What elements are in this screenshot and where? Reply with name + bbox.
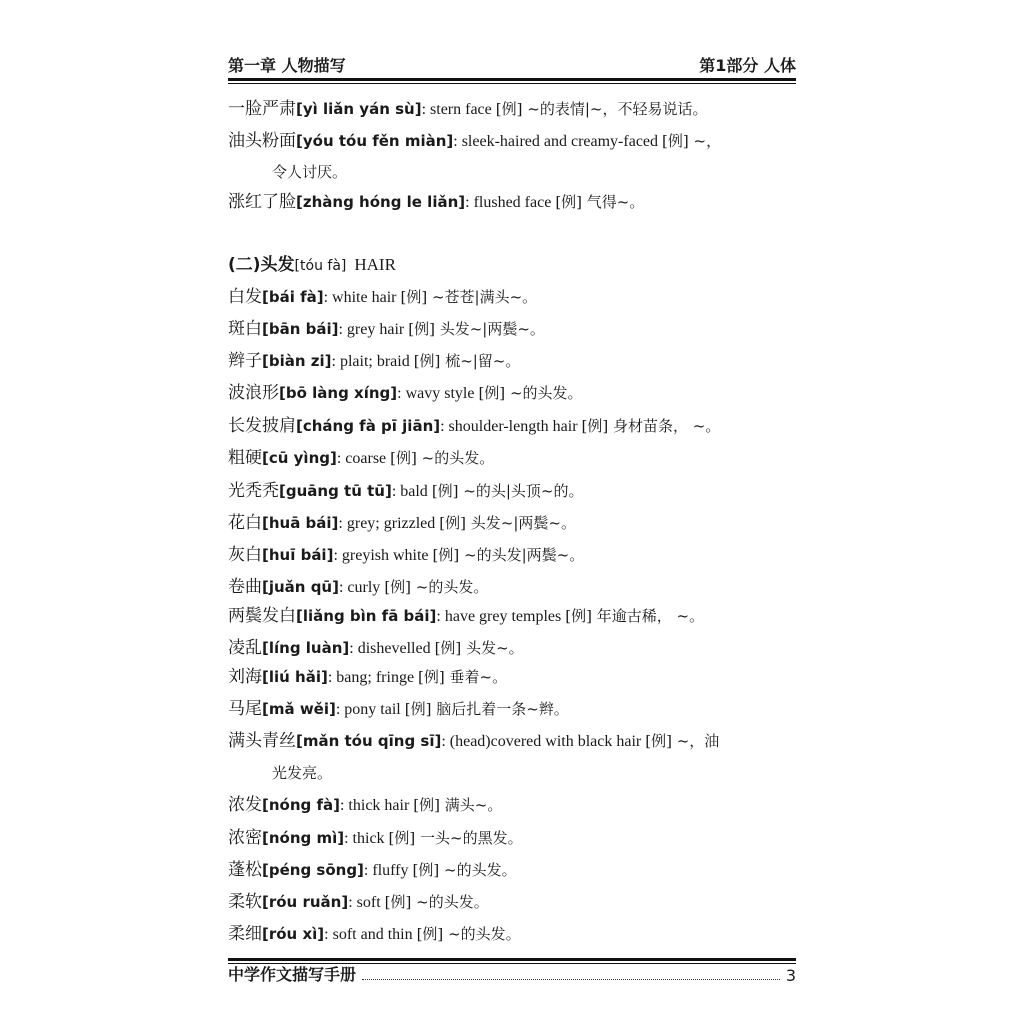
entry-english: : dishevelled (349, 640, 434, 657)
entry-english: : soft and thin (324, 926, 416, 943)
entry: 油头粉面[yóu tóu fěn miàn]: sleek-haired and… (228, 130, 796, 153)
chapter-title: 第一章 人物描写 (228, 53, 346, 76)
example-marker: [例] (414, 352, 441, 370)
entry-example: 脑后扎着一条~辫。 (431, 700, 568, 718)
entry-english: : thick (344, 830, 388, 847)
entry: 马尾[mǎ wěi]: pony tail [例] 脑后扎着一条~辫。 (228, 698, 796, 721)
entry-english: : soft (348, 894, 384, 911)
entry-example: ~的头发。 (417, 449, 494, 467)
entry: 粗硬[cū yìng]: coarse [例] ~的头发。 (228, 447, 796, 470)
entry-english: : sleek-haired and creamy-faced (453, 133, 662, 150)
entry: 花白[huā bái]: grey; grizzled [例] 头发~|两鬓~。 (228, 512, 796, 535)
entry-example: ~的头发|两鬓~。 (459, 546, 584, 564)
entry: 柔软[róu ruǎn]: soft [例] ~的头发。 (228, 891, 796, 914)
entry-hanzi: 卷曲 (228, 577, 262, 597)
entry: 长发披肩[cháng fà pī jiān]: shoulder-length … (228, 415, 796, 438)
entry-pinyin: [yóu tóu fěn miàn] (296, 132, 453, 150)
example-marker: [例] (408, 320, 435, 338)
entry: 白发[bái fà]: white hair [例] ~苍苍|满头~。 (228, 286, 796, 309)
entry-hanzi: 辫子 (228, 351, 262, 371)
entry-english: : (head)covered with black hair (441, 733, 645, 750)
entry-pinyin: [bái fà] (262, 288, 324, 306)
entry-pinyin: [biàn zi] (262, 352, 332, 370)
entry-hanzi: 浓密 (228, 828, 262, 848)
entry-pinyin: [nóng mì] (262, 829, 344, 847)
entry-example: 头发~|两鬓~。 (466, 514, 576, 532)
entry-hanzi: 一脸严肃 (228, 99, 296, 119)
running-header: 第一章 人物描写 第1部分 人体 (228, 54, 796, 76)
entry-hanzi: 浓发 (228, 795, 262, 815)
example-marker: [例] (418, 668, 445, 686)
entry: 光秃秃[guāng tū tū]: bald [例] ~的头|头顶~的。 (228, 480, 796, 503)
entry-hanzi: 光秃秃 (228, 481, 279, 501)
entry-pinyin: [bō làng xíng] (279, 384, 397, 402)
example-marker: [例] (565, 607, 592, 625)
entry-pinyin: [líng luàn] (262, 639, 349, 657)
entry: 刘海[liú hǎi]: bang; fringe [例] 垂着~。 (228, 666, 796, 689)
entry-english: : bang; fringe (328, 669, 418, 686)
entry-pinyin: [liú hǎi] (262, 668, 328, 686)
entry-hanzi: 白发 (228, 287, 262, 307)
entry: 辫子[biàn zi]: plait; braid [例] 梳~|留~。 (228, 350, 796, 373)
header-rule (228, 78, 796, 84)
entry-pinyin: [mǎ wěi] (262, 700, 336, 718)
entry-english: : greyish white (333, 547, 432, 564)
entry-pinyin: [juǎn qū] (262, 578, 339, 596)
entry: 柔细[róu xì]: soft and thin [例] ~的头发。 (228, 923, 796, 946)
entry: 浓发[nóng fà]: thick hair [例] 满头~。 (228, 794, 796, 817)
book-page: 第一章 人物描写 第1部分 人体 一脸严肃[yì liǎn yán sù]: s… (228, 0, 796, 1024)
entry-english: : have grey temples (436, 608, 565, 625)
entry-example: ~苍苍|满头~。 (427, 288, 537, 306)
section-pinyin: [tóu fà] (295, 258, 347, 274)
entry-english: : bald (392, 483, 432, 500)
entry: 蓬松[péng sōng]: fluffy [例] ~的头发。 (228, 859, 796, 882)
example-marker: [例] (478, 384, 505, 402)
dotted-leader (362, 979, 780, 980)
entry-hanzi: 柔细 (228, 924, 262, 944)
entry-hanzi: 斑白 (228, 319, 262, 339)
entry-example: ~的头发。 (411, 893, 488, 911)
part-title: 第1部分 人体 (699, 53, 796, 76)
entry-example: ~的头发。 (505, 384, 582, 402)
entry-english: : shoulder-length hair (440, 418, 581, 435)
example-marker: [例] (433, 546, 460, 564)
section-number: (二)头发 (228, 255, 295, 275)
entry-english: : wavy style (397, 385, 478, 402)
entry-example: ~， (689, 132, 721, 150)
entry-english: : stern face (422, 101, 496, 118)
entry-hanzi: 灰白 (228, 545, 262, 565)
entry-example: 梳~|留~。 (440, 352, 520, 370)
entry-pinyin: [cháng fà pī jiān] (296, 417, 440, 435)
entry-pinyin: [róu ruǎn] (262, 893, 348, 911)
entry-pinyin: [róu xì] (262, 925, 324, 943)
example-marker: [例] (645, 732, 672, 750)
entry-example: 年逾古稀， ~。 (592, 607, 704, 625)
example-marker: [例] (439, 514, 466, 532)
entry-pinyin: [péng sōng] (262, 861, 364, 879)
entry-hanzi: 凌乱 (228, 638, 262, 658)
example-marker: [例] (413, 796, 440, 814)
entry-example: 气得~。 (582, 193, 644, 211)
example-marker: [例] (496, 100, 523, 118)
entry-english: : plait; braid (332, 353, 414, 370)
entry-hanzi: 柔软 (228, 892, 262, 912)
entry-pinyin: [bān bái] (262, 320, 338, 338)
entry-example: ~的头|头顶~的。 (459, 482, 584, 500)
entry-pinyin: [cū yìng] (262, 449, 337, 467)
entry-hanzi: 刘海 (228, 667, 262, 687)
entry-example: 满头~。 (440, 796, 502, 814)
entry-english: : fluffy (364, 862, 413, 879)
entry-english: : grey hair (338, 321, 408, 338)
entry-pinyin: [yì liǎn yán sù] (296, 100, 422, 118)
entry-hanzi: 粗硬 (228, 448, 262, 468)
entry: 波浪形[bō làng xíng]: wavy style [例] ~的头发。 (228, 382, 796, 405)
entry: 卷曲[juǎn qū]: curly [例] ~的头发。 (228, 576, 796, 599)
entry-english: : coarse (337, 450, 390, 467)
entry-pinyin: [nóng fà] (262, 796, 340, 814)
entry-english: : thick hair (340, 797, 413, 814)
example-marker: [例] (405, 700, 432, 718)
entry-english: : flushed face (465, 194, 555, 211)
entry-hanzi: 涨红了脸 (228, 192, 296, 212)
example-marker: [例] (582, 417, 609, 435)
entry-example: ~的头发。 (411, 578, 488, 596)
example-marker: [例] (435, 639, 462, 657)
section-english: HAIR (354, 255, 396, 274)
entry: 浓密[nóng mì]: thick [例] 一头~的黑发。 (228, 827, 796, 850)
entry: 满头青丝[mǎn tóu qīng sī]: (head)covered wit… (228, 730, 796, 753)
entry-hanzi: 波浪形 (228, 383, 279, 403)
entry-pinyin: [guāng tū tū] (279, 482, 392, 500)
entry-pinyin: [huī bái] (262, 546, 333, 564)
entry-pinyin: [huā bái] (262, 514, 338, 532)
entry-example: ~的头发。 (439, 861, 516, 879)
example-marker: [例] (385, 893, 412, 911)
entry: 一脸严肃[yì liǎn yán sù]: stern face [例] ~的表… (228, 98, 796, 121)
entry-english: : white hair (324, 289, 401, 306)
example-marker: [例] (400, 288, 427, 306)
example-marker: [例] (417, 925, 444, 943)
entry-continuation: 光发亮。 (272, 762, 332, 784)
example-marker: [例] (390, 449, 417, 467)
example-marker: [例] (555, 193, 582, 211)
example-marker: [例] (413, 861, 440, 879)
entry: 灰白[huī bái]: greyish white [例] ~的头发|两鬓~。 (228, 544, 796, 567)
entry-hanzi: 长发披肩 (228, 416, 296, 436)
entry-hanzi: 油头粉面 (228, 131, 296, 151)
entry: 两鬓发白[liǎng bìn fā bái]: have grey temple… (228, 605, 796, 628)
page-number: 3 (786, 966, 796, 985)
entry-pinyin: [mǎn tóu qīng sī] (296, 732, 441, 750)
entry-example: 一头~的黑发。 (415, 829, 522, 847)
example-marker: [例] (384, 578, 411, 596)
entry-example: ~，油 (672, 732, 719, 750)
entry-english: : curly (339, 579, 384, 596)
entry-example: ~的头发。 (443, 925, 520, 943)
example-marker: [例] (662, 132, 689, 150)
entry: 涨红了脸[zhàng hóng le liǎn]: flushed face [… (228, 191, 796, 214)
entry-hanzi: 马尾 (228, 699, 262, 719)
running-footer: 中学作文描写手册 3 (228, 963, 796, 985)
entry-hanzi: 两鬓发白 (228, 606, 296, 626)
entry: 斑白[bān bái]: grey hair [例] 头发~|两鬓~。 (228, 318, 796, 341)
entry-example: 头发~。 (461, 639, 523, 657)
entry-pinyin: [zhàng hóng le liǎn] (296, 193, 465, 211)
entry-english: : grey; grizzled (338, 515, 439, 532)
entry-example: 垂着~。 (445, 668, 507, 686)
example-marker: [例] (432, 482, 459, 500)
entry-hanzi: 满头青丝 (228, 731, 296, 751)
entry-example: 身材苗条， ~。 (608, 417, 720, 435)
section-heading: (二)头发[tóu fà]HAIR (228, 254, 396, 277)
entry-hanzi: 蓬松 (228, 860, 262, 880)
entry-example: ~的表情|~，不轻易说话。 (522, 100, 707, 118)
entry-continuation: 令人讨厌。 (272, 161, 347, 183)
book-title: 中学作文描写手册 (228, 962, 356, 985)
example-marker: [例] (389, 829, 416, 847)
entry-example: 头发~|两鬓~。 (435, 320, 545, 338)
entry: 凌乱[líng luàn]: dishevelled [例] 头发~。 (228, 637, 796, 660)
entry-pinyin: [liǎng bìn fā bái] (296, 607, 436, 625)
entry-hanzi: 花白 (228, 513, 262, 533)
entry-english: : pony tail (336, 701, 405, 718)
